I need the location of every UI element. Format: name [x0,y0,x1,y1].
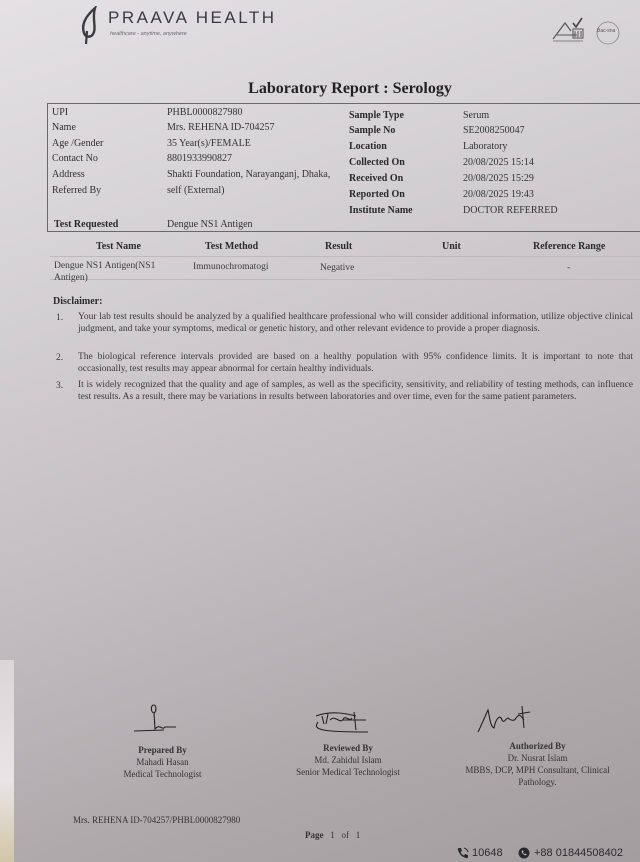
col-reference-range: Reference Range [533,241,605,252]
disclaimer-num-2: 2. [56,353,63,363]
authorized-by-role: Authorized By [509,741,565,751]
patient-field-label: Name [52,122,76,133]
reviewed-by-role: Reviewed By [323,743,373,753]
underlying-paper-edge [0,660,14,862]
disclaimer-num-3: 3. [56,381,63,391]
result-test-name-line2: Antigen) [54,273,88,283]
footer-patient-ref: Mrs. REHENA ID-704257/PHBL0000827980 [73,815,240,825]
patient-field-value: PHBL0000827980 [167,107,243,118]
patient-field-label: Address [52,169,85,180]
report-title: Laboratory Report : Serology [0,80,640,98]
brand-tagline: healthcare - anytime, anywhere [110,31,187,37]
sample-field-value: Serum [463,110,489,121]
disclaimer-item-1: Your lab test results should be analyzed… [78,312,633,336]
sample-field-label: Sample No [349,125,395,136]
patient-field-value: 35 Year(s)/FEMALE [167,138,251,149]
bac-label: Bac-sna [597,28,615,34]
patient-field-label: Contact No [52,153,98,164]
brand-name: PRAAVA HEALTH [108,8,277,28]
sample-field-label: Collected On [349,157,405,168]
prepared-by-block: Prepared By Mahadi Hasan Medical Technol… [100,744,225,780]
sample-field-value: 20/08/2025 19:43 [463,189,534,200]
whatsapp-number: +88 01844508402 [534,847,623,859]
sample-field-label: Reported On [349,189,405,200]
patient-field-label: UPI [52,107,68,118]
col-test-method: Test Method [205,241,258,252]
prepared-by-role: Prepared By [138,745,186,755]
patient-field-value: self (External) [167,185,224,196]
disclaimer-num-1: 1. [56,313,63,323]
authorized-by-block: Authorized By Dr. Nusrat Islam MBBS, DCP… [450,740,625,788]
page-total: 1 [356,830,361,840]
col-result: Result [325,241,352,252]
authorized-by-name: Dr. Nusrat Islam [508,753,568,763]
reviewed-by-block: Reviewed By Md. Zahidul Islam Senior Med… [283,742,413,778]
bac-accreditation-icon: Bac-sna [594,20,622,46]
result-value: Negative [320,263,354,273]
patient-field-label: Referred By [52,185,101,196]
authorized-by-title: MBBS, DCP, MPH Consultant, Clinical Path… [465,765,609,787]
page-current: 1 [330,830,335,840]
sample-field-label: Location [349,141,387,152]
reviewed-by-name: Md. Zahidul Islam [314,755,381,765]
col-test-name: Test Name [96,241,141,252]
result-test-method: Immunochromatogi [193,262,268,272]
disclaimer-title: Disclaimer: [53,296,102,307]
result-test-name-line1: Dengue NS1 Antigen(NS1 [54,261,155,271]
patient-field-value: 8801933990827 [167,153,232,164]
prepared-by-name: Mahadi Hasan [136,757,188,767]
disclaimer-item-2: The biological reference intervals provi… [78,352,633,376]
sample-field-value: SE2008250047 [463,125,525,136]
page-of: of [342,830,350,840]
reviewed-by-signature [312,710,370,738]
whatsapp-icon [518,847,530,859]
sample-field-value: 20/08/2025 15:14 [463,157,534,168]
sample-field-label: Institute Name [349,205,413,216]
page-indicator: Page 1 of 1 [305,830,360,840]
iso-certification-icon [551,17,585,43]
test-requested-value: Dengue NS1 Antigen [167,219,253,230]
sample-field-label: Sample Type [349,110,404,121]
reviewed-by-title: Senior Medical Technologist [296,767,400,777]
test-requested-label: Test Requested [54,219,118,230]
praava-leaf-logo-icon [78,6,102,46]
patient-field-value: Shakti Foundation, Narayanganj, Dhaka, [167,169,330,180]
authorized-by-signature [476,704,532,734]
result-reference: - [567,263,570,273]
patient-field-label: Age /Gender [52,138,103,149]
prepared-by-title: Medical Technologist [124,769,202,779]
sample-field-value: Laboratory [463,141,507,152]
page-label: Page [305,830,324,840]
sample-field-value: DOCTOR REFERRED [463,205,558,216]
hotline-number: 10648 [472,847,503,859]
patient-field-value: Mrs. REHENA ID-704257 [167,122,275,133]
disclaimer-item-3: It is widely recognized that the quality… [78,380,633,404]
prepared-by-signature [130,703,180,733]
sample-field-label: Received On [349,173,403,184]
phone-icon [457,847,469,859]
col-unit: Unit [442,241,461,252]
sample-field-value: 20/08/2025 15:29 [463,173,534,184]
